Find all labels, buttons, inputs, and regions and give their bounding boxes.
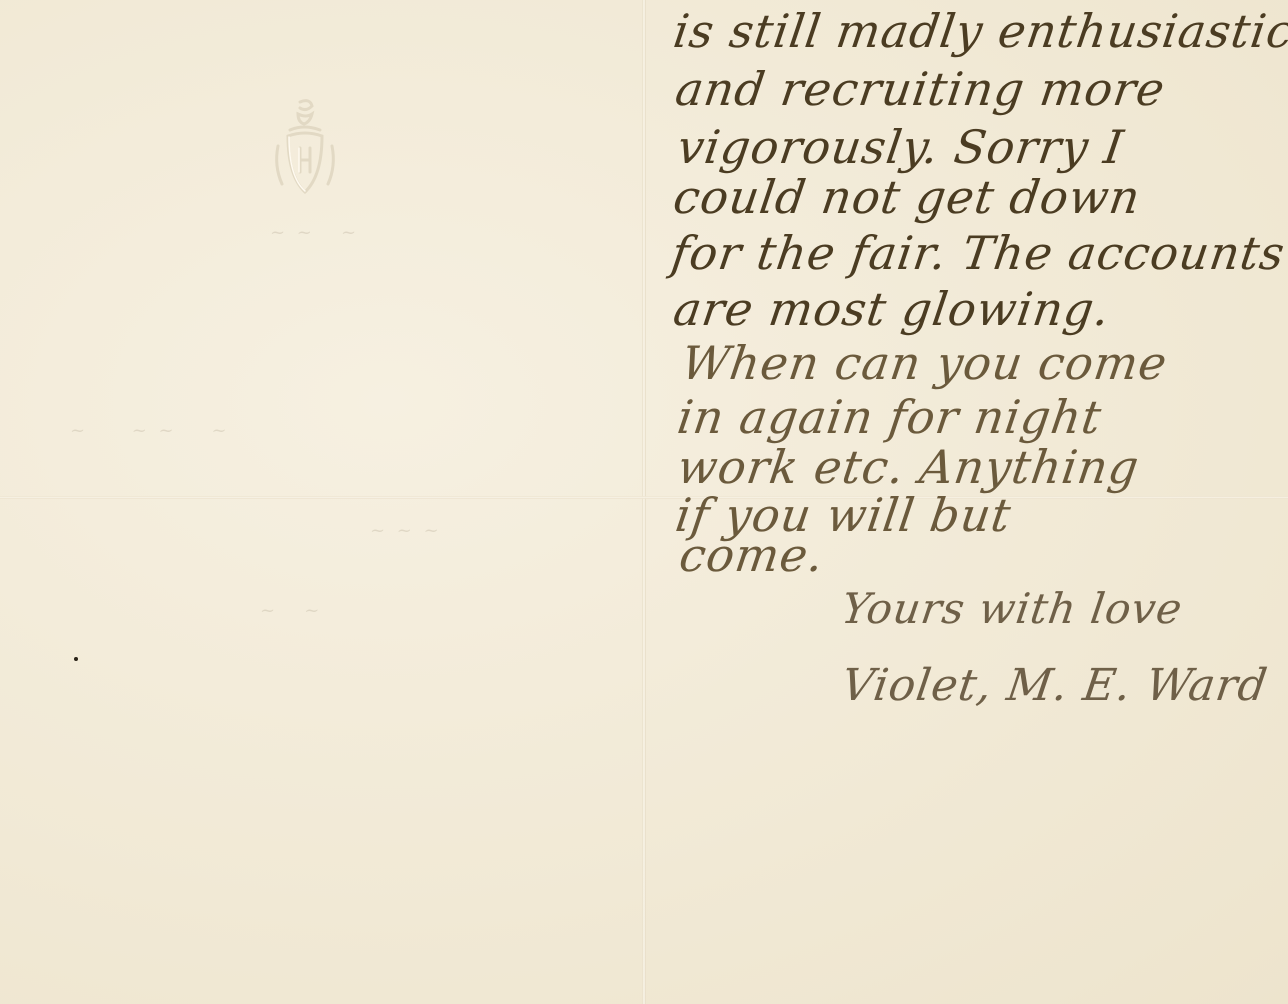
letter-signature: Violet, M. E. Ward <box>838 660 1270 711</box>
ink-bleed-through: ~ ~ ~ ~ <box>70 420 230 441</box>
letter-sheet: ~ ~ ~ ~ ~ ~ ~ ~ ~ ~ ~ ~ is still madly e… <box>0 0 1288 1004</box>
letter-closing: Yours with love <box>839 584 1186 633</box>
crest-emboss-icon <box>270 96 340 206</box>
ink-bleed-through: ~ ~ ~ <box>270 222 359 243</box>
letter-line-8: in again for night <box>674 390 1105 444</box>
letter-line-5: for the fair. The accounts <box>668 226 1288 280</box>
letter-line-7: When can you come <box>678 336 1171 390</box>
letter-line-6: are most glowing. <box>670 282 1114 336</box>
ink-bleed-through: ~ ~ <box>260 600 322 621</box>
ink-bleed-through: ~ ~ ~ <box>370 520 442 541</box>
letter-line-11: come. <box>676 528 828 582</box>
letter-line-9: work etc. Anything <box>674 440 1143 494</box>
ink-speck <box>74 657 78 661</box>
letter-line-2: and recruiting more <box>672 62 1168 116</box>
left-page: ~ ~ ~ ~ ~ ~ ~ ~ ~ ~ ~ ~ <box>0 0 644 1004</box>
letter-line-4: could not get down <box>670 170 1144 224</box>
letter-line-1: is still madly enthusiastic <box>670 4 1288 58</box>
letter-line-3: vigorously. Sorry I <box>674 120 1127 174</box>
